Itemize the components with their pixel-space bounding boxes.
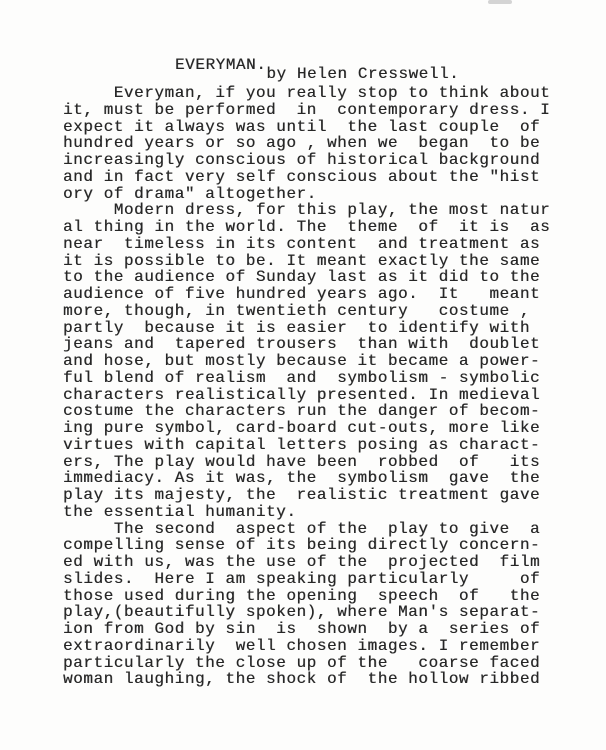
document-page: EVERYMAN.by Helen Cresswell. Everyman, i…	[0, 0, 606, 750]
text-line: extraordinarily well chosen images. I re…	[63, 638, 563, 655]
document-body: Everyman, if you really stop to think ab…	[63, 85, 563, 688]
title-line: EVERYMAN.by Helen Cresswell.	[63, 56, 563, 85]
text-line: al thing in the world. The theme of it i…	[63, 219, 563, 236]
text-line: The second aspect of the play to give a	[63, 521, 563, 538]
text-line: ed with us, was the use of the projected…	[63, 554, 563, 571]
text-line: near timeless in its content and treatme…	[63, 236, 563, 253]
text-line: audience of five hundred years ago. It m…	[63, 286, 563, 303]
text-line: hundred years or so ago , when we began …	[63, 135, 563, 152]
text-line: more, though, in twentieth century costu…	[63, 303, 563, 320]
text-line: ful blend of realism and symbolism - sym…	[63, 370, 563, 387]
text-line: particularly the close up of the coarse …	[63, 655, 563, 672]
document-title: EVERYMAN.	[175, 56, 266, 74]
text-line: the essential humanity.	[63, 504, 563, 521]
text-line: expect it always was until the last coup…	[63, 119, 563, 136]
text-line: immediacy. As it was, the symbolism gave…	[63, 470, 563, 487]
text-line: and in fact very self conscious about th…	[63, 169, 563, 186]
text-line: woman laughing, the shock of the hollow …	[63, 671, 563, 688]
text-line: it is possible to be. It meant exactly t…	[63, 253, 563, 270]
text-line: ers, The play would have been robbed of …	[63, 454, 563, 471]
text-line: play its majesty, the realistic treatmen…	[63, 487, 563, 504]
text-line: ing pure symbol, card-board cut-outs, mo…	[63, 420, 563, 437]
text-line: it, must be performed in contemporary dr…	[63, 102, 563, 119]
text-line: those used during the opening speech of …	[63, 588, 563, 605]
scan-artifact-mark	[488, 0, 512, 4]
document-byline: by Helen Cresswell.	[266, 65, 459, 83]
text-line: costume the characters run the danger of…	[63, 403, 563, 420]
text-line: characters realistically presented. In m…	[63, 387, 563, 404]
text-line: slides. Here I am speaking particularly …	[63, 571, 563, 588]
text-line: ory of drama" altogether.	[63, 186, 563, 203]
document-content: EVERYMAN.by Helen Cresswell. Everyman, i…	[63, 56, 563, 688]
text-line: increasingly conscious of historical bac…	[63, 152, 563, 169]
text-line: Everyman, if you really stop to think ab…	[63, 85, 563, 102]
text-line: and hose, but mostly because it became a…	[63, 353, 563, 370]
text-line: play,(beautifully spoken), where Man's s…	[63, 604, 563, 621]
text-line: partly because it is easier to identify …	[63, 320, 563, 337]
text-line: jeans and tapered trousers than with dou…	[63, 336, 563, 353]
text-line: Modern dress, for this play, the most na…	[63, 202, 563, 219]
text-line: ion from God by sin is shown by a series…	[63, 621, 563, 638]
text-line: to the audience of Sunday last as it did…	[63, 269, 563, 286]
text-line: virtues with capital letters posing as c…	[63, 437, 563, 454]
text-line: compelling sense of its being directly c…	[63, 537, 563, 554]
